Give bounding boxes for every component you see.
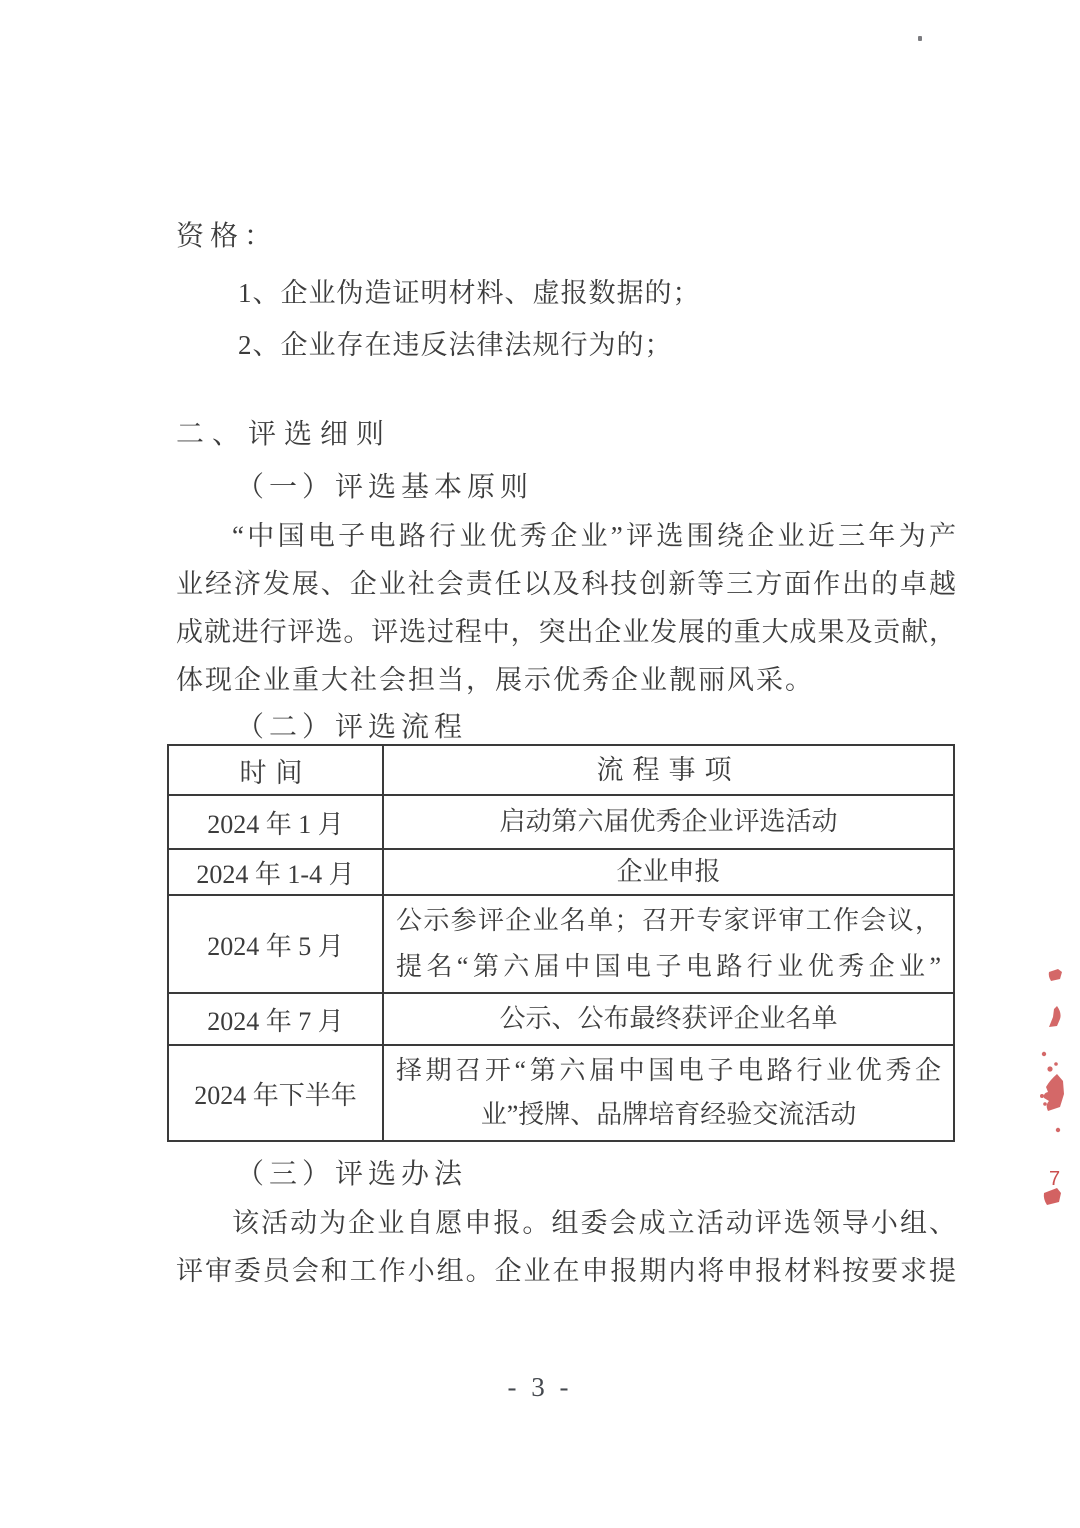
paragraph-2-line-1: 该活动为企业自愿申报。组委会成立活动评选领导小组、 — [176, 1204, 956, 1242]
section-heading: 二、评选细则 — [176, 416, 956, 454]
table-cell-event: 企业申报 — [384, 850, 953, 894]
paragraph-1-line-1: “中国电子电路行业优秀企业”评选围绕企业近三年为产 — [176, 517, 956, 555]
table-header-event-label: 流程事项 — [396, 750, 941, 790]
paragraph-1-line-2: 业经济发展、企业社会责任以及科技创新等三方面作出的卓越 — [176, 565, 956, 603]
qualification-label: 资格： — [176, 218, 956, 256]
subsection-3-heading: （三）评选办法 — [176, 1156, 956, 1194]
table-row: 2024 年 1 月 启动第六届优秀企业评选活动 — [169, 794, 953, 848]
table-row: 2024 年 5 月 公示参评企业名单；召开专家评审工作会议， 提名“第六届中国… — [169, 894, 953, 992]
table-cell-event: 公示、公布最终获评企业名单 — [384, 994, 953, 1044]
table-header-event: 流程事项 — [384, 746, 953, 794]
event-text: 启动第六届优秀企业评选活动 — [396, 802, 941, 842]
paragraph-1-line-3: 成就进行评选。评选过程中，突出企业发展的重大成果及贡献， — [176, 613, 956, 651]
table-cell-time: 2024 年 1-4 月 — [169, 850, 384, 894]
page-number: - 3 - — [0, 1372, 1080, 1403]
table-header-time: 时间 — [169, 746, 384, 794]
document-page: 资格： 1、企业伪造证明材料、虚报数据的； 2、企业存在违反法律法规行为的； 二… — [0, 0, 1080, 1528]
red-stamp-corner: 7 — [1038, 1163, 1066, 1211]
paragraph-2-line-2: 评审委员会和工作小组。企业在申报期内将申报材料按要求提 — [176, 1252, 956, 1290]
selection-process-table: 时间 流程事项 2024 年 1 月 启动第六届优秀企业评选活动 2024 年 … — [167, 744, 955, 1142]
event-text: 业”授牌、品牌培育经验交流活动 — [396, 1095, 941, 1135]
red-page-digit: 7 — [1049, 1168, 1060, 1190]
event-text: 公示参评企业名单；召开专家评审工作会议， — [396, 901, 941, 941]
disqualify-item-2: 2、企业存在违反法律法规行为的； — [176, 326, 956, 364]
subsection-1-heading: （一）评选基本原则 — [176, 469, 956, 507]
table-cell-time: 2024 年 1 月 — [169, 796, 384, 848]
table-cell-time: 2024 年下半年 — [169, 1046, 384, 1140]
paragraph-1-line-4: 体现企业重大社会担当，展示优秀企业靓丽风采。 — [176, 661, 956, 699]
table-cell-time: 2024 年 7 月 — [169, 994, 384, 1044]
table-cell-time: 2024 年 5 月 — [169, 896, 384, 992]
table-row: 2024 年 7 月 公示、公布最终获评企业名单 — [169, 992, 953, 1044]
scan-speck — [918, 36, 922, 41]
table-row: 2024 年 1-4 月 企业申报 — [169, 848, 953, 894]
table-cell-event: 择期召开“第六届中国电子电路行业优秀企 业”授牌、品牌培育经验交流活动 — [384, 1046, 953, 1140]
disqualify-item-1: 1、企业伪造证明材料、虚报数据的； — [176, 274, 956, 312]
red-ink-blob — [1044, 1188, 1061, 1205]
event-text: 提名“第六届中国电子电路行业优秀企业” — [396, 947, 941, 987]
red-ink-fragments — [1036, 960, 1070, 1136]
table-cell-event: 启动第六届优秀企业评选活动 — [384, 796, 953, 848]
subsection-2-heading: （二）评选流程 — [176, 709, 956, 747]
table-header-row: 时间 流程事项 — [169, 746, 953, 794]
event-text: 公示、公布最终获评企业名单 — [396, 999, 941, 1039]
table-row: 2024 年下半年 择期召开“第六届中国电子电路行业优秀企 业”授牌、品牌培育经… — [169, 1044, 953, 1140]
event-text: 企业申报 — [396, 852, 941, 892]
table-cell-event: 公示参评企业名单；召开专家评审工作会议， 提名“第六届中国电子电路行业优秀企业” — [384, 896, 953, 992]
event-text: 择期召开“第六届中国电子电路行业优秀企 — [396, 1051, 941, 1091]
